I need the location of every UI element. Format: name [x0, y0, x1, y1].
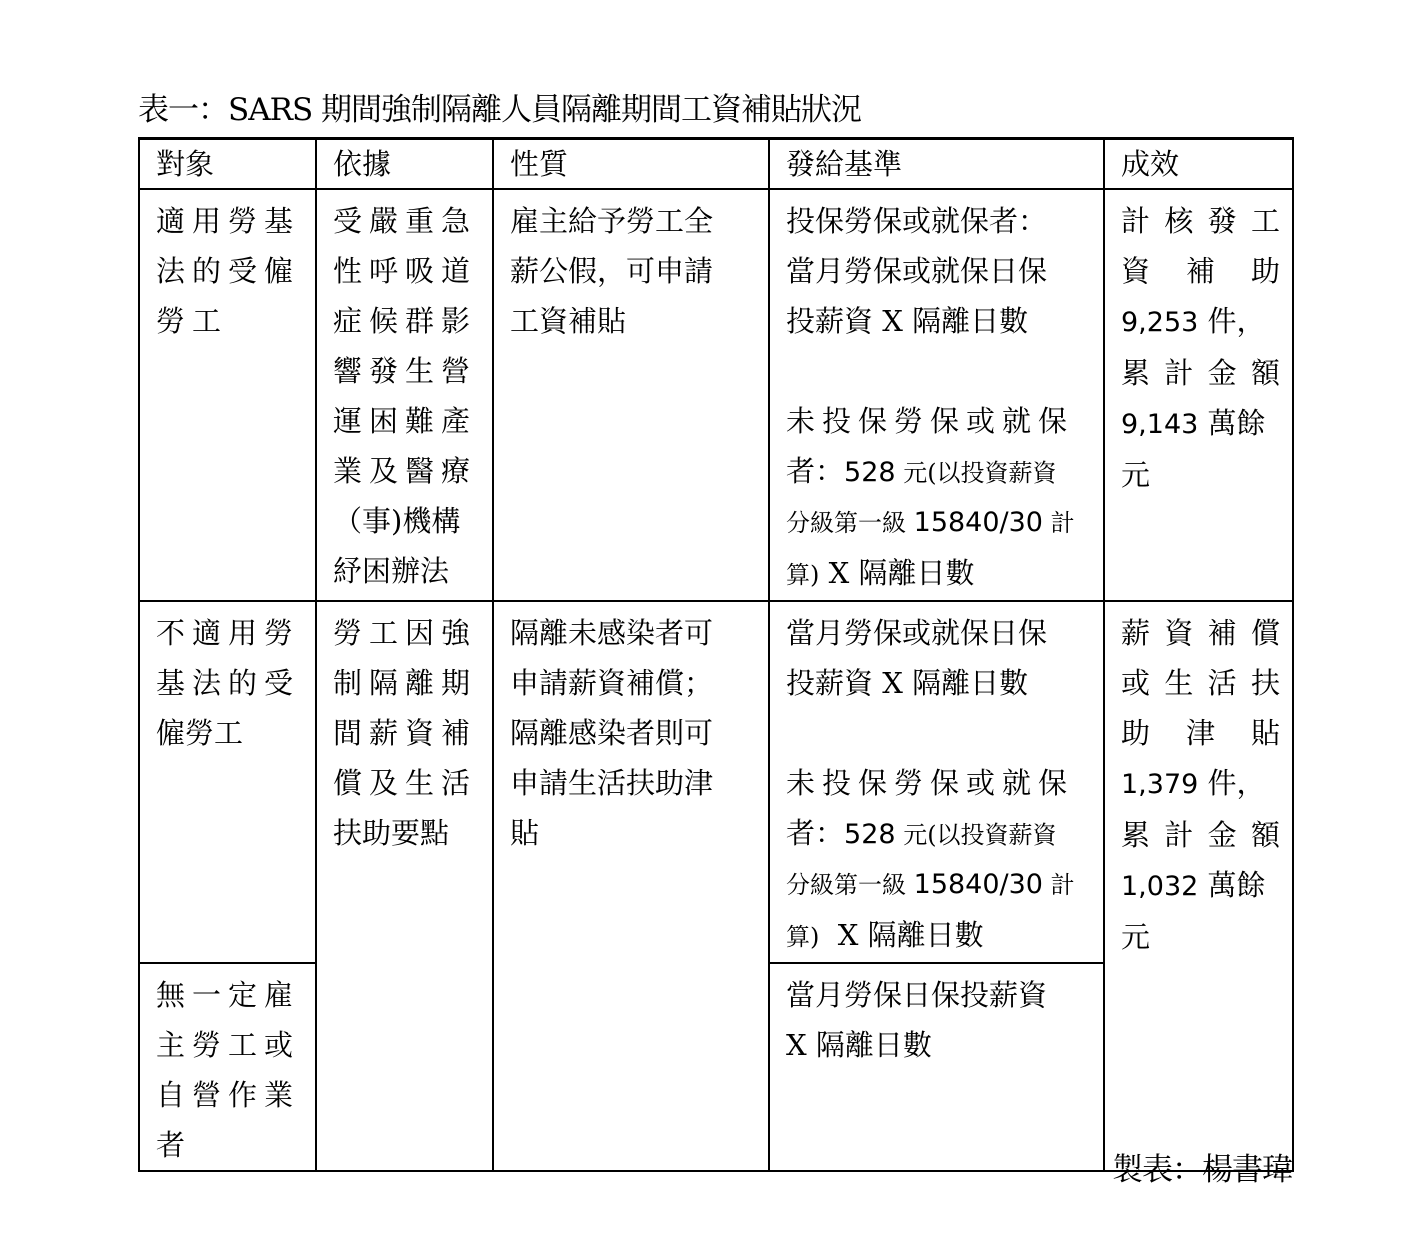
- char: 助: [1251, 246, 1280, 296]
- cell-basis: 勞工因強 制隔離期 間薪資補 償及生活 扶助要點: [316, 601, 493, 1171]
- cell-target: 適用勞基 法的受僱 勞工: [139, 189, 316, 601]
- char: 償: [1251, 608, 1280, 658]
- text-line: 9,143 萬餘: [1121, 398, 1280, 450]
- text-line: 薪公假，可申請: [510, 246, 756, 296]
- char: 累: [1121, 348, 1150, 398]
- text-line: 1,032 萬餘: [1121, 860, 1280, 912]
- char: 核: [1164, 196, 1193, 246]
- header-nature: 性質: [493, 139, 769, 190]
- text-fragment: 算): [786, 923, 819, 951]
- text-line: 當月勞保日保投薪資: [786, 970, 1091, 1020]
- cell-result: 計核發工 資補助 9,253 件， 累計金額 9,143 萬餘 元: [1104, 189, 1293, 601]
- cell-criteria: 當月勞保日保投薪資 X 隔離日數: [769, 963, 1104, 1171]
- table-row: 適用勞基 法的受僱 勞工 受嚴重急 性呼吸道 症候群影 響發生營 運困難產 業及…: [139, 189, 1293, 601]
- text-line: 響發生營: [333, 346, 480, 396]
- text-line: 性呼吸道: [333, 246, 480, 296]
- text-line: 間薪資補: [333, 708, 480, 758]
- cell-criteria: 投保勞保或就保者： 當月勞保或就保日保 投薪資 X 隔離日數 未投保勞保或就保 …: [769, 189, 1104, 601]
- text-line: 申請生活扶助津: [510, 758, 756, 808]
- text-line: 工資補貼: [510, 296, 756, 346]
- cell-nature: 雇主給予勞工全 薪公假，可申請 工資補貼: [493, 189, 769, 601]
- header-basis: 依據: [316, 139, 493, 190]
- total-amount: 9,143: [1121, 409, 1198, 440]
- text-line: 資補助: [1121, 246, 1280, 296]
- text-line: 投薪資 X 隔離日數: [786, 658, 1091, 708]
- text-fragment: 分級第一級: [786, 871, 914, 899]
- text-line: 隔離感染者則可: [510, 708, 756, 758]
- text-line: 基法的受: [156, 658, 303, 708]
- char: 補: [1186, 246, 1215, 296]
- text-line: 症候群影: [333, 296, 480, 346]
- case-count: 1,379: [1121, 769, 1198, 800]
- text-line: 助津貼: [1121, 708, 1280, 758]
- table-row: 不適用勞 基法的受 僱勞工 勞工因強 制隔離期 間薪資補 償及生活 扶助要點 隔…: [139, 601, 1293, 963]
- text-line: 當月勞保或就保日保: [786, 246, 1091, 296]
- text-line: 計核發工: [1121, 196, 1280, 246]
- header-target: 對象: [139, 139, 316, 190]
- text-fragment: 萬餘: [1198, 868, 1265, 902]
- text-fragment: 萬餘: [1198, 406, 1265, 440]
- text-line: 僱勞工: [156, 708, 303, 758]
- cell-criteria: 當月勞保或就保日保 投薪資 X 隔離日數 未投保勞保或就保 者：528 元(以投…: [769, 601, 1104, 963]
- text-line: 算) X 隔離日數: [786, 548, 1091, 600]
- text-fragment: 分級第一級: [786, 509, 914, 537]
- text-line: 業及醫療: [333, 446, 480, 496]
- cell-target: 不適用勞 基法的受 僱勞工: [139, 601, 316, 963]
- char: 發: [1208, 196, 1237, 246]
- text-line: 者: [156, 1120, 303, 1170]
- text-line: 自營作業: [156, 1070, 303, 1120]
- text-fragment: 元(以投資薪資: [896, 821, 1057, 849]
- text-fragment: X 隔離日數: [819, 918, 983, 952]
- char: 計: [1121, 196, 1150, 246]
- char: 計: [1164, 348, 1193, 398]
- text-line: 雇主給予勞工全: [510, 196, 756, 246]
- char: 扶: [1251, 658, 1280, 708]
- text-line: 受嚴重急: [333, 196, 480, 246]
- text-line: 當月勞保或就保日保: [786, 608, 1091, 658]
- text-line: X 隔離日數: [786, 1020, 1091, 1070]
- text-line: 元: [1121, 450, 1280, 500]
- case-count: 9,253: [1121, 307, 1198, 338]
- char: 津: [1186, 708, 1215, 758]
- text-line: 償及生活: [333, 758, 480, 808]
- char: 額: [1251, 348, 1280, 398]
- text-fragment: 者：: [786, 816, 844, 850]
- char: 或: [1121, 658, 1150, 708]
- text-line: 未投保勞保或就保: [786, 758, 1091, 808]
- text-fragment: 算): [786, 561, 819, 589]
- text-line: 或生活扶: [1121, 658, 1280, 708]
- total-amount: 1,032: [1121, 871, 1198, 902]
- char: 工: [1251, 196, 1280, 246]
- char: 額: [1251, 810, 1280, 860]
- text-line: 運困難產: [333, 396, 480, 446]
- text-line: 隔離未感染者可: [510, 608, 756, 658]
- text-line: 累計金額: [1121, 810, 1280, 860]
- text-line: 未投保勞保或就保: [786, 396, 1091, 446]
- char: 累: [1121, 810, 1150, 860]
- text-line: 薪資補償: [1121, 608, 1280, 658]
- char: 貼: [1251, 708, 1280, 758]
- text-fragment: 計: [1043, 871, 1075, 899]
- char: 金: [1208, 810, 1237, 860]
- text-line: 勞工: [156, 296, 303, 346]
- text-line: 紓困辦法: [333, 546, 480, 596]
- text-line: 者：528 元(以投資薪資: [786, 808, 1091, 860]
- text-line: 投薪資 X 隔離日數: [786, 296, 1091, 346]
- text-fragment: 者：: [786, 454, 844, 488]
- grade-value: 15840/30: [914, 869, 1043, 900]
- text-line: 不適用勞: [156, 608, 303, 658]
- text-fragment: 件，: [1198, 766, 1265, 800]
- text-line: 主勞工或: [156, 1020, 303, 1070]
- char: 生: [1164, 658, 1193, 708]
- blank-line: [786, 708, 1091, 758]
- cell-target: 無一定雇 主勞工或 自營作業 者: [139, 963, 316, 1171]
- text-line: 無一定雇: [156, 970, 303, 1020]
- daily-amount: 528: [844, 457, 896, 488]
- text-line: 扶助要點: [333, 808, 480, 858]
- daily-amount: 528: [844, 819, 896, 850]
- cell-basis: 受嚴重急 性呼吸道 症候群影 響發生營 運困難產 業及醫療 （事)機構 紓困辦法: [316, 189, 493, 601]
- text-line: （事)機構: [333, 496, 480, 546]
- cell-nature: 隔離未感染者可 申請薪資補償； 隔離感染者則可 申請生活扶助津 貼: [493, 601, 769, 1171]
- text-fragment: 元(以投資薪資: [896, 459, 1057, 487]
- char: 薪: [1121, 608, 1150, 658]
- text-line: 9,253 件，: [1121, 296, 1280, 348]
- char: 計: [1164, 810, 1193, 860]
- text-line: 算) X 隔離日數: [786, 910, 1091, 962]
- table-header-row: 對象 依據 性質 發給基準 成效: [139, 139, 1293, 190]
- text-line: 法的受僱: [156, 246, 303, 296]
- subsidy-table: 對象 依據 性質 發給基準 成效 適用勞基 法的受僱 勞工 受嚴重急 性呼吸道 …: [138, 137, 1294, 1172]
- char: 資: [1121, 246, 1150, 296]
- text-line: 適用勞基: [156, 196, 303, 246]
- text-line: 累計金額: [1121, 348, 1280, 398]
- text-line: 者：528 元(以投資薪資: [786, 446, 1091, 498]
- text-fragment: X 隔離日數: [819, 556, 974, 590]
- text-line: 元: [1121, 912, 1280, 962]
- header-result: 成效: [1104, 139, 1293, 190]
- cell-result: 薪資補償 或生活扶 助津貼 1,379 件， 累計金額 1,032 萬餘 元: [1104, 601, 1293, 1171]
- text-fragment: 計: [1043, 509, 1075, 537]
- char: 助: [1121, 708, 1150, 758]
- table-credit: 製表：楊書瑋: [1112, 1148, 1292, 1192]
- blank-line: [786, 346, 1091, 396]
- text-line: 1,379 件，: [1121, 758, 1280, 810]
- char: 金: [1208, 348, 1237, 398]
- text-line: 分級第一級 15840/30 計: [786, 498, 1091, 548]
- text-line: 分級第一級 15840/30 計: [786, 860, 1091, 910]
- text-line: 投保勞保或就保者：: [786, 196, 1091, 246]
- text-line: 制隔離期: [333, 658, 480, 708]
- text-line: 申請薪資補償；: [510, 658, 756, 708]
- char: 補: [1208, 608, 1237, 658]
- table-caption: 表一：SARS 期間強制隔離人員隔離期間工資補貼狀況: [138, 88, 861, 132]
- header-criteria: 發給基準: [769, 139, 1104, 190]
- text-line: 貼: [510, 808, 756, 858]
- text-line: 勞工因強: [333, 608, 480, 658]
- text-fragment: 件，: [1198, 304, 1265, 338]
- char: 活: [1208, 658, 1237, 708]
- char: 資: [1164, 608, 1193, 658]
- grade-value: 15840/30: [914, 507, 1043, 538]
